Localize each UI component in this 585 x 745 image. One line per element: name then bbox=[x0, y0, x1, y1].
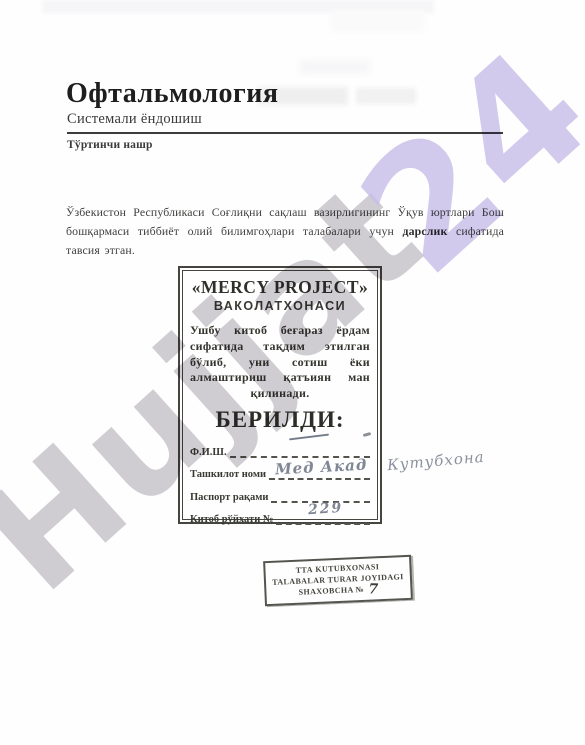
stamp-org-subtitle: ВАКОЛАТХОНАСИ bbox=[190, 299, 370, 313]
handwritten-registry-number: 229 bbox=[308, 500, 344, 518]
library-stamp-line3: SHAXOBCHA № 7 bbox=[298, 584, 378, 599]
field-fio-label: Ф.И.Ш. bbox=[190, 447, 227, 458]
library-branch-stamp: ТТА KUTUBXONASI TALABALAR TURAR JOYIDAGI… bbox=[263, 555, 413, 606]
bleed-through-ghost bbox=[356, 88, 416, 104]
recommendation-paragraph: Ўзбекистон Республикаси Соғлиқни сақлаш … bbox=[66, 203, 504, 260]
book-subtitle: Системали ёндошиш bbox=[67, 111, 202, 128]
field-passport: Паспорт рақами bbox=[190, 490, 370, 503]
recommendation-bold-word: дарслик bbox=[403, 224, 448, 238]
library-stamp-branch-label: SHAXOBCHA № bbox=[298, 584, 364, 598]
book-title: Офтальмология bbox=[66, 78, 279, 110]
stamp-notice-text: Ушбу китоб беғараз ёрдам сифатида тақдим… bbox=[190, 323, 370, 402]
field-fio: Ф.И.Ш. bbox=[190, 445, 370, 458]
field-book-registry: Китоб рўйхати № 229 bbox=[190, 512, 370, 525]
field-organization-line: Мед Акад bbox=[269, 467, 370, 480]
stamp-org-name: «MERCY PROJECT» bbox=[190, 277, 370, 298]
scan-noise bbox=[42, 0, 434, 13]
handwritten-library-note: Кутубхона bbox=[386, 448, 485, 474]
mercy-project-stamp: «MERCY PROJECT» ВАКОЛАТХОНАСИ Ушбу китоб… bbox=[178, 266, 382, 524]
handwritten-branch-number: 7 bbox=[368, 585, 378, 595]
field-book-registry-label: Китоб рўйхати № bbox=[190, 514, 273, 525]
edition-label: Тўртинчи нашр bbox=[67, 139, 153, 151]
mercy-project-stamp-inner: «MERCY PROJECT» ВАКОЛАТХОНАСИ Ушбу китоб… bbox=[182, 270, 378, 520]
heading-rule bbox=[67, 132, 503, 134]
field-organization-label: Ташкилот номи bbox=[190, 469, 266, 480]
scanned-book-page: Офтальмология Системали ёндошиш Тўртинчи… bbox=[0, 0, 585, 745]
handwritten-dash bbox=[289, 433, 329, 440]
stamp-issued-label: БЕРИЛДИ: bbox=[190, 407, 370, 433]
field-passport-label: Паспорт рақами bbox=[190, 492, 268, 503]
bleed-through-ghost bbox=[300, 60, 370, 74]
field-book-registry-line: 229 bbox=[276, 512, 370, 525]
handwritten-organization-value: Мед Акад bbox=[275, 456, 368, 479]
field-organization: Ташкилот номи Мед Акад bbox=[190, 467, 370, 480]
scan-noise bbox=[330, 10, 425, 32]
